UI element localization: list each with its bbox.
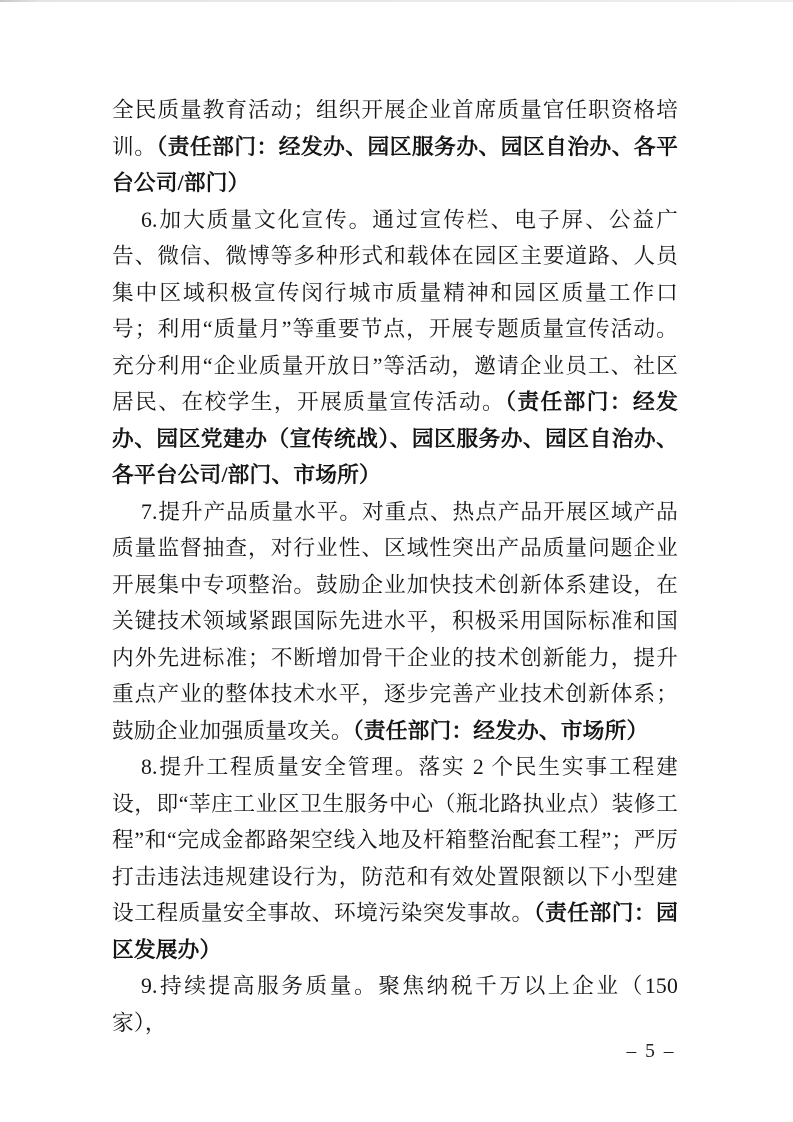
paragraph-text: 7.提升产品质量水平。对重点、热点产品开展区域产品质量监督抽查，对行业性、区域性… xyxy=(112,500,678,743)
paragraph-text: 8.提升工程质量安全管理。落实 2 个民生实事工程建设，即“莘庄工业区卫生服务中… xyxy=(112,755,678,925)
paragraph-continuation: 全民质量教育活动；组织开展企业首席质量官任职资格培训。（责任部门：经发办、园区服… xyxy=(112,92,678,202)
paragraph-item-7: 7.提升产品质量水平。对重点、热点产品开展区域产品质量监督抽查，对行业性、区域性… xyxy=(112,494,678,750)
paragraph-item-9: 9.持续提高服务质量。聚焦纳税千万以上企业（150 家）， xyxy=(112,968,678,1041)
page-number: – 5 – xyxy=(616,1041,686,1063)
scan-edge-artifact xyxy=(0,0,793,2)
paragraph-item-6: 6.加大质量文化宣传。通过宣传栏、电子屏、公益广告、微信、微博等多种形式和载体在… xyxy=(112,202,678,494)
paragraph-item-8: 8.提升工程质量安全管理。落实 2 个民生实事工程建设，即“莘庄工业区卫生服务中… xyxy=(112,749,678,968)
document-body: 全民质量教育活动；组织开展企业首席质量官任职资格培训。（责任部门：经发办、园区服… xyxy=(112,92,678,1041)
paragraph-text: 9.持续提高服务质量。聚焦纳税千万以上企业（150 家）， xyxy=(112,974,678,1035)
responsibility-dept-note: （责任部门：经发办、市场所） xyxy=(353,719,649,743)
paragraph-text: 6.加大质量文化宣传。通过宣传栏、电子屏、公益广告、微信、微博等多种形式和载体在… xyxy=(112,208,678,415)
document-page: 全民质量教育活动；组织开展企业首席质量官任职资格培训。（责任部门：经发办、园区服… xyxy=(0,0,793,1122)
responsibility-dept-note: （责任部门：经发办、园区服务办、园区自治办、各平台公司/部门） xyxy=(112,135,678,196)
